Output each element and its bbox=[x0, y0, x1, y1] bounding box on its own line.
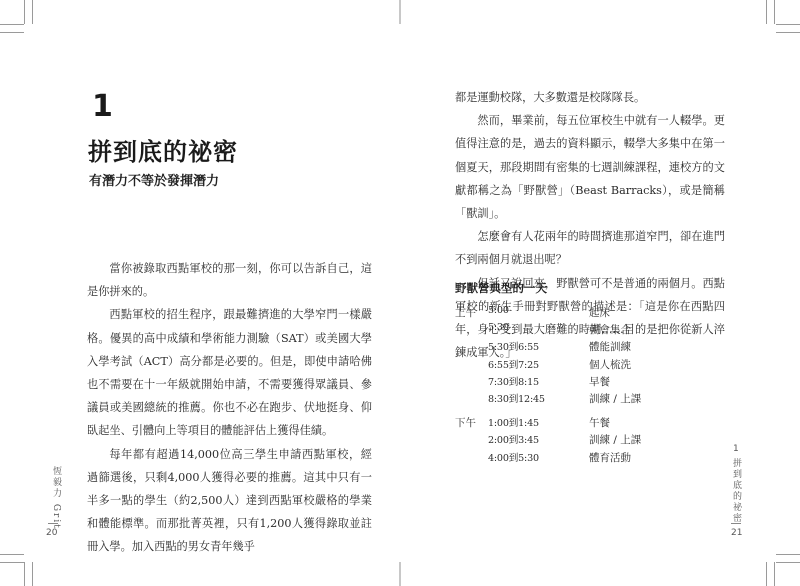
activity: 起床 bbox=[589, 305, 610, 320]
paragraph: 然而，畢業前，每五位軍校生中就有一人輟學。更值得注意的是，過去的資料顯示，輟學大… bbox=[455, 109, 725, 225]
running-head-chapter-number: 1 bbox=[733, 444, 739, 454]
time: 5:30 bbox=[488, 322, 509, 333]
activity: 早餐 bbox=[589, 374, 610, 389]
time: 7:30到8:15 bbox=[488, 374, 539, 388]
schedule-row: 下午 1:00到1:45 午餐 bbox=[455, 415, 715, 432]
book-spread: 1 拼到底的祕密 有潛力不等於發揮潛力 當你被錄取西點軍校的那一刻，你可以告訴自… bbox=[0, 0, 800, 586]
paragraph: 都是運動校隊，大多數還是校隊隊長。 bbox=[455, 86, 725, 109]
period-label: 上午 bbox=[455, 305, 476, 320]
activity: 個人梳洗 bbox=[589, 357, 631, 372]
crop-mark bbox=[776, 554, 800, 555]
time: 1:00到1:45 bbox=[488, 415, 539, 429]
activity: 體育活動 bbox=[589, 450, 631, 465]
schedule-row: 7:30到8:15 早餐 bbox=[455, 374, 715, 391]
crop-mark bbox=[766, 562, 767, 586]
schedule-row: 5:30 朝會集合 bbox=[455, 322, 715, 339]
schedule-table: 上午 5:00 起床 5:30 朝會集合 5:30到6:55 體能訓練 6:55… bbox=[455, 305, 715, 467]
paragraph: 每年都有超過14,000位高三學生申請西點軍校，經過篩選後，只剩4,000人獲得… bbox=[87, 443, 372, 559]
activity: 朝會集合 bbox=[589, 322, 631, 337]
crop-mark bbox=[766, 0, 767, 24]
time: 5:30到6:55 bbox=[488, 339, 539, 353]
paragraph: 西點軍校的招生程序，跟最難擠進的大學窄門一樣嚴格。優異的高中成績和學術能力測驗（… bbox=[87, 303, 372, 442]
left-body-text: 當你被錄取西點軍校的那一刻，你可以告訴自己，這是你拼來的。 西點軍校的招生程序，… bbox=[87, 257, 372, 559]
crop-mark bbox=[774, 562, 775, 586]
time: 4:00到5:30 bbox=[488, 450, 539, 464]
schedule-row: 8:30到12:45 訓練 / 上課 bbox=[455, 391, 715, 408]
crop-mark bbox=[776, 32, 800, 33]
time: 5:00 bbox=[488, 305, 509, 316]
crop-mark bbox=[774, 0, 775, 24]
schedule-row: 5:30到6:55 體能訓練 bbox=[455, 339, 715, 356]
running-head-rule bbox=[48, 523, 58, 524]
paragraph: 當你被錄取西點軍校的那一刻，你可以告訴自己，這是你拼來的。 bbox=[87, 257, 372, 303]
running-head-left: 恆毅力 Grit bbox=[51, 466, 60, 530]
time: 6:55到7:25 bbox=[488, 357, 539, 371]
schedule-row: 2:00到3:45 訓練 / 上課 bbox=[455, 432, 715, 449]
schedule-title: 野獸營典型的一天 bbox=[455, 280, 547, 296]
chapter-subtitle: 有潛力不等於發揮潛力 bbox=[89, 175, 219, 188]
time: 8:30到12:45 bbox=[488, 391, 545, 405]
schedule-row: 6:55到7:25 個人梳洗 bbox=[455, 357, 715, 374]
period-label: 下午 bbox=[455, 415, 476, 430]
running-head-rule bbox=[731, 523, 741, 524]
crop-mark bbox=[776, 562, 800, 563]
paragraph: 怎麼會有人花兩年的時間擠進那道窄門，卻在進門不到兩個月就退出呢？ bbox=[455, 225, 725, 271]
running-head-right: 拼到底的祕密 bbox=[731, 458, 740, 524]
activity: 訓練 / 上課 bbox=[589, 432, 641, 447]
activity: 體能訓練 bbox=[589, 339, 631, 354]
schedule-row: 上午 5:00 起床 bbox=[455, 305, 715, 322]
activity: 午餐 bbox=[589, 415, 610, 430]
crop-mark bbox=[776, 24, 800, 25]
chapter-title: 拼到底的祕密 bbox=[88, 140, 238, 164]
time: 2:00到3:45 bbox=[488, 432, 539, 446]
schedule-row: 4:00到5:30 體育活動 bbox=[455, 450, 715, 467]
schedule-gap bbox=[455, 408, 715, 415]
page-number-left: 20 bbox=[46, 528, 57, 538]
page-number-right: 21 bbox=[731, 528, 742, 538]
activity: 訓練 / 上課 bbox=[589, 391, 641, 406]
chapter-number: 1 bbox=[92, 92, 113, 122]
